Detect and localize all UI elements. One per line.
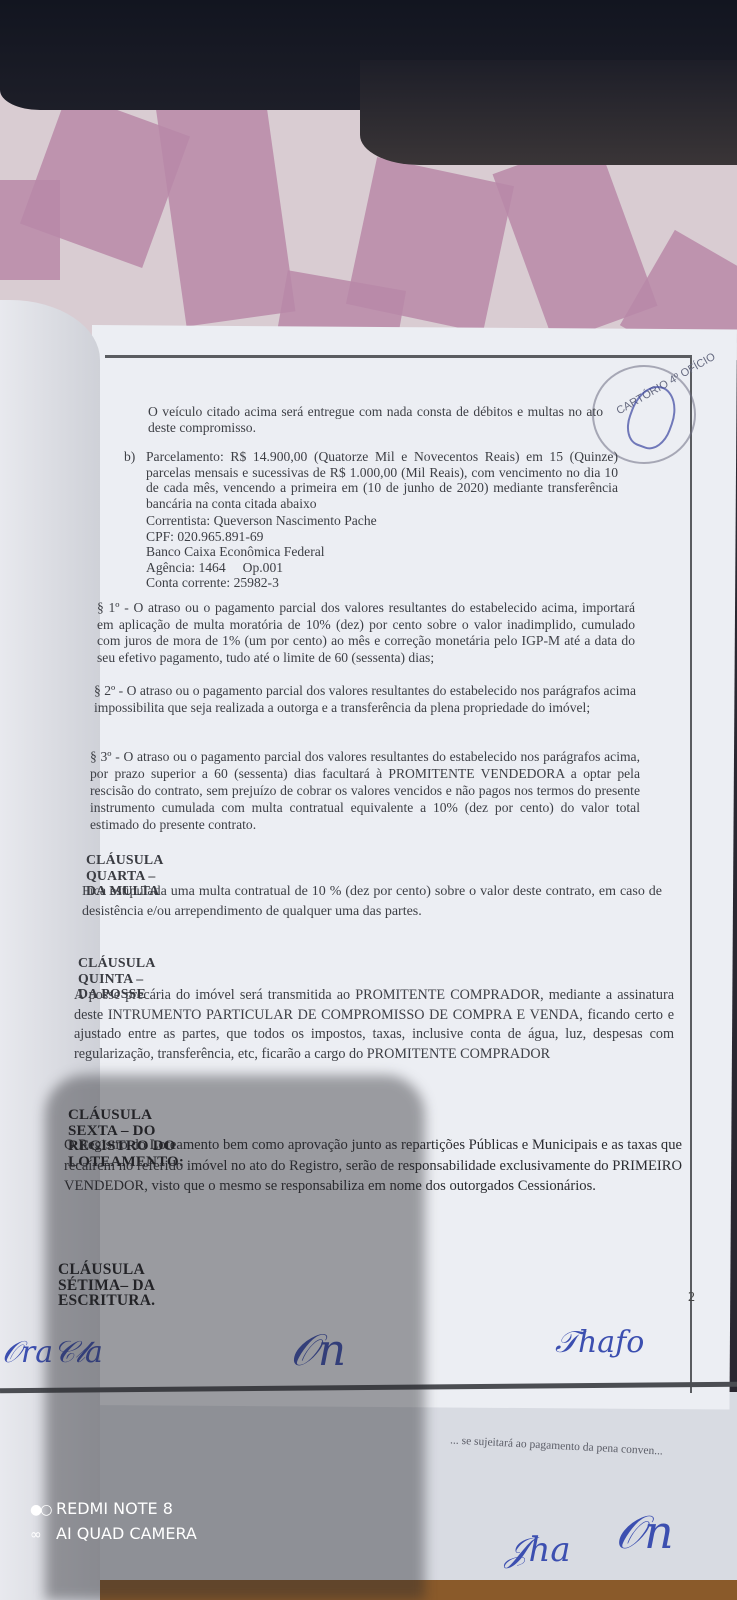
camera-dots-icon: ●○ xyxy=(30,1498,56,1522)
camera-model: REDMI NOTE 8 xyxy=(56,1499,173,1518)
camera-watermark: ●○REDMI NOTE 8 ∞AI QUAD CAMERA xyxy=(30,1497,197,1547)
bank-details: Correntista: Queverson Nascimento Pache … xyxy=(146,513,546,591)
next-page-signature-1: 𝒥ha xyxy=(505,1530,571,1570)
clause-4-text: Fica estipulada uma multa contratual de … xyxy=(82,882,662,922)
page-number: 2 xyxy=(688,1290,695,1306)
cpf: CPF: 020.965.891-69 xyxy=(146,529,546,545)
paragraph-2: § 2º - O atraso ou o pagamento parcial d… xyxy=(94,683,636,716)
signature-3: 𝒯haƒo xyxy=(555,1325,644,1360)
account-holder: Correntista: Queverson Nascimento Pache xyxy=(146,513,546,529)
bank-name: Banco Caixa Econômica Federal xyxy=(146,544,546,560)
item-b-label: b) xyxy=(124,449,144,465)
vehicle-delivery-text: O veículo citado acima será entregue com… xyxy=(148,404,603,435)
paragraph-1: § 1º - O atraso ou o pagamento parcial d… xyxy=(97,600,635,666)
camera-label: AI QUAD CAMERA xyxy=(56,1524,197,1543)
installment-text: Parcelamento: R$ 14.900,00 (Quatorze Mil… xyxy=(146,449,618,511)
next-page-signature-2: 𝒪n xyxy=(615,1505,674,1561)
dark-object-top-right xyxy=(360,60,737,165)
paragraph-3: § 3º - O atraso ou o pagamento parcial d… xyxy=(90,748,640,833)
clause-5-text: A posse precária do imóvel será transmit… xyxy=(74,986,674,1064)
infinity-icon: ∞ xyxy=(30,1523,56,1547)
agency: Agência: 1464 Op.001 xyxy=(146,560,546,576)
account-number: Conta corrente: 25982-3 xyxy=(146,575,546,591)
